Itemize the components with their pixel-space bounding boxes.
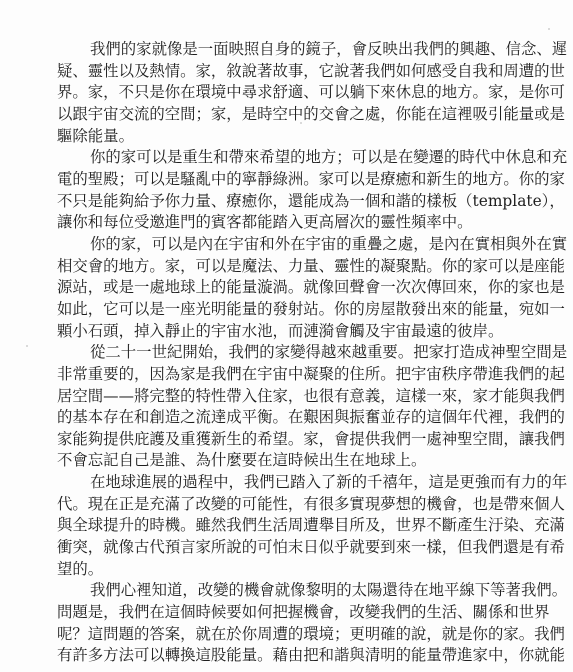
text-line: 與全球提升的時機。雖然我們生活周遭舉目所及，世界不斷產生汙染、充滿 <box>57 515 527 537</box>
text-line: 從二十一世紀開始，我們的家變得越來越重要。把家打造成神聖空間是 <box>57 342 527 364</box>
paragraph-5: 在地球進展的過程中，我們已踏入了新的千禧年，這是更強而有力的年 代。現在正是充滿… <box>57 472 527 580</box>
scanned-page: 我們的家就像是一面映照自身的鏡子，會反映出我們的興趣、信念、遲 疑、靈性以及熱情… <box>0 0 573 672</box>
text-line: 問題是，我們在這個時候要如何把握機會，改變我們的生活、關係和世界 <box>57 602 527 624</box>
text-line: 有許多方法可以轉換這股能量。藉由把和諧與清明的能量帶進家中，你就能 <box>57 645 527 667</box>
text-line: 源站，或是一處地球上的能量漩渦。就像回聲會一次次傳回來，你的家也是 <box>57 277 527 299</box>
text-line: 相交會的地方。家，可以是魔法、力量、靈性的凝聚點。你的家可以是座能 <box>57 256 527 278</box>
text-line: 衝突，就像古代預言家所說的可怕末日似乎就要到來一樣，但我們還是有希 <box>57 537 527 559</box>
scan-speck <box>290 658 292 660</box>
text-line: 不只是能夠給予你力量、療癒你，還能成為一個和諧的樣板（template）， <box>57 191 527 213</box>
text-line: 疑、靈性以及熱情。家，敘說著故事，它說著我們如何感受自我和周遭的世 <box>57 61 527 83</box>
text-line: 電的聖殿；可以是騷亂中的寧靜綠洲。家可以是療癒和新生的地方。你的家 <box>57 169 527 191</box>
text-line: 代。現在正是充滿了改變的可能性，有很多實現夢想的機會，也是帶來個人 <box>57 494 527 516</box>
paragraph-6: 我們心裡知道，改變的機會就像黎明的太陽還待在地平線下等著我們。 問題是，我們在這… <box>57 580 527 667</box>
paragraph-4: 從二十一世紀開始，我們的家變得越來越重要。把家打造成神聖空間是 非常重要的，因為… <box>57 342 527 472</box>
text-line: 如此，它可以是一座光明能量的發射站。你的房屋散發出來的能量，宛如一 <box>57 299 527 321</box>
text-line: 的基本存在和創造之流達成平衡。在艱困與振奮並存的這個年代裡，我們的 <box>57 407 527 429</box>
scan-speck <box>26 345 28 347</box>
paragraph-1: 我們的家就像是一面映照自身的鏡子，會反映出我們的興趣、信念、遲 疑、靈性以及熱情… <box>57 39 527 147</box>
text-line: 你的家，可以是內在宇宙和外在宇宙的重疊之處，是內在實相與外在實 <box>57 234 527 256</box>
text-line: 在地球進展的過程中，我們已踏入了新的千禧年，這是更強而有力的年 <box>57 472 527 494</box>
text-line: 不會忘記自己是誰、為什麼要在這時候出生在地球上。 <box>57 450 527 472</box>
text-line: 你的家可以是重生和帶來希望的地方；可以是在變遷的時代中休息和充 <box>57 147 527 169</box>
text-line: 非常重要的，因為家是我們在宇宙中凝聚的住所。把宇宙秩序帶進我們的起 <box>57 364 527 386</box>
text-line: 我們心裡知道，改變的機會就像黎明的太陽還待在地平線下等著我們。 <box>57 580 527 602</box>
body-text: 我們的家就像是一面映照自身的鏡子，會反映出我們的興趣、信念、遲 疑、靈性以及熱情… <box>57 39 527 667</box>
paragraph-3: 你的家，可以是內在宇宙和外在宇宙的重疊之處，是內在實相與外在實 相交會的地方。家… <box>57 234 527 342</box>
scan-speck <box>300 122 302 124</box>
text-line: 居空間——將完整的特性帶入住家，也很有意義，這樣一來，家才能與我們 <box>57 386 527 408</box>
text-line: 讓你和每位受邀進門的賓客都能踏入更高層次的靈性頻率中。 <box>57 212 527 234</box>
paragraph-2: 你的家可以是重生和帶來希望的地方；可以是在變遷的時代中休息和充 電的聖殿；可以是… <box>57 147 527 234</box>
text-line: 呢？這問題的答案，就在於你周遭的環境；更明確的說，就是你的家。我們 <box>57 624 527 646</box>
text-line: 顆小石頭，掉入靜止的宇宙水池，而漣漪會觸及宇宙最遠的彼岸。 <box>57 321 527 343</box>
text-line: 望的。 <box>57 559 527 581</box>
text-line: 驅除能量。 <box>57 126 527 148</box>
text-line: 家能夠提供庇護及重獲新生的希望。家，會提供我們一處神聖空間，讓我們 <box>57 429 527 451</box>
text-line: 我們的家就像是一面映照自身的鏡子，會反映出我們的興趣、信念、遲 <box>57 39 527 61</box>
text-line: 以跟宇宙交流的空間；家，是時空中的交會之處，你能在這裡吸引能量或是 <box>57 104 527 126</box>
text-line: 界。家，不只是你在環境中尋求舒適、可以躺下來休息的地方。家，是你可 <box>57 82 527 104</box>
scan-speck <box>548 28 550 30</box>
